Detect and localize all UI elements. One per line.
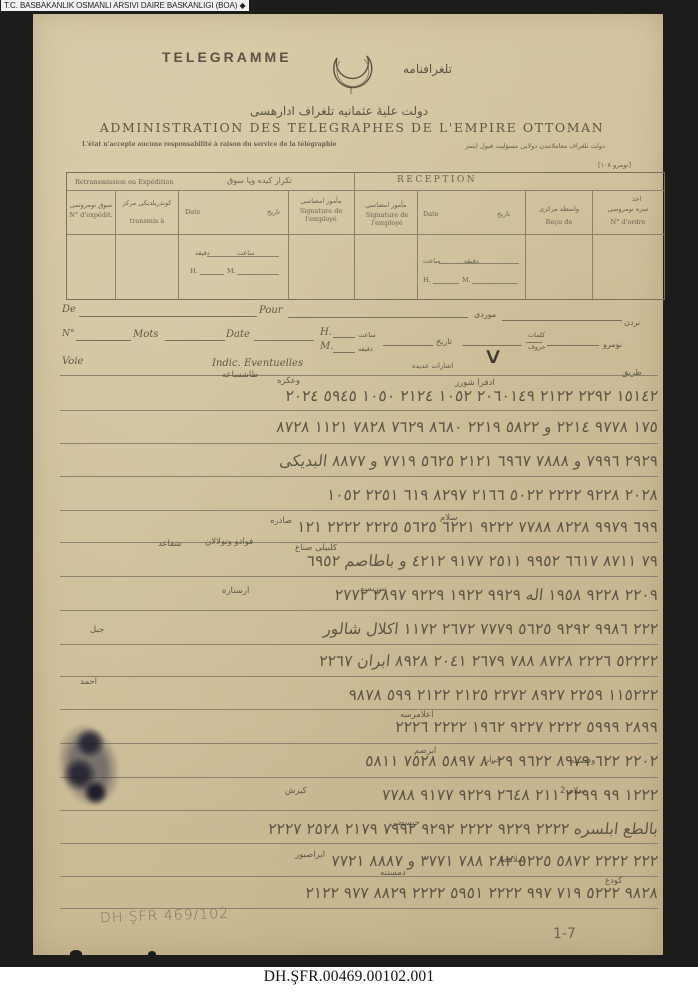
col-signature-right: Signature de l'employé xyxy=(359,211,415,227)
handwritten-annotation: جبل xyxy=(90,625,104,635)
col-signature-left-ottoman: مأمور امضاسی xyxy=(289,197,353,205)
col-date-left: Date xyxy=(185,208,201,216)
field-kelimat-ottoman: کلمات xyxy=(528,331,545,339)
handwritten-annotation: احمد xyxy=(80,677,97,687)
retransmission-ottoman: تكرار کيده ويا سوق xyxy=(227,177,292,185)
field-dakika-ottoman: دقيقه xyxy=(358,345,373,353)
torn-edge xyxy=(70,950,82,958)
handwritten-annotation: حرار xyxy=(485,755,501,765)
col-recu-de-ottoman: واسطه مرکزی xyxy=(527,205,591,213)
handwritten-annotation: دمسننه xyxy=(380,868,406,878)
field-mots-line xyxy=(165,340,225,341)
field-voie-label: Voie xyxy=(62,356,83,367)
left-minute-fr: M. xyxy=(227,267,236,275)
handwritten-annotation: کيزش xyxy=(285,786,307,796)
handwritten-annotation: کلبيلی صناع xyxy=(295,543,337,553)
field-m-line xyxy=(333,352,355,353)
col-date-right: Date xyxy=(423,210,439,218)
archive-watermark-text: T.C. BASBAKANLIK OSMANLI ARSIVI DAIRE BA… xyxy=(4,1,237,10)
field-h-line xyxy=(333,337,355,338)
field-from-ottoman: نردن xyxy=(624,318,640,327)
reception-label: RECEPTION xyxy=(397,175,477,185)
handwritten-annotation: كودع xyxy=(605,876,622,886)
title-telegramme: TELEGRAMME xyxy=(162,49,292,65)
field-de-label: De xyxy=(62,304,76,315)
field-numero-line xyxy=(547,345,599,346)
field-numero-ottoman: نومرو xyxy=(603,340,622,349)
handwritten-annotation: ارسناره xyxy=(222,586,249,596)
field-tarih-line xyxy=(383,345,433,346)
handwritten-annotation: سلامط xyxy=(500,855,525,865)
field-tarih-ottoman: تاريخ xyxy=(436,337,452,346)
disclaimer-fr: L'état n'accepte aucune responsabilité à… xyxy=(82,141,336,148)
col-no-ordre: N° d'ordre xyxy=(594,218,662,226)
handwritten-line: ٢٢٢ ٢٢٢٢ ٥٨٧٢ ٥٢٢٥ ٢٨٢ ٧٨٨ ٣٧٧١ و ٨٨٨٧ ٧… xyxy=(61,852,659,870)
handwritten-annotation: اعلامرسه xyxy=(400,710,433,720)
torn-edge xyxy=(148,951,156,957)
field-pour-ottoman: موردی xyxy=(474,310,496,319)
handwritten-line: ٥٢٢٢٢ ٢٢٢٦ ٨٧٢٨ ٧٨٨ ٢٦٧٩ ٢٠٤١ ٨٩٢٨ ابران… xyxy=(61,652,659,670)
crescent-icon xyxy=(327,50,375,98)
check-mark: ∨ xyxy=(483,344,504,369)
col-date-left-ottoman: تاريخ xyxy=(267,208,280,216)
field-saat-ottoman: ساعت xyxy=(358,331,376,339)
right-minute-fr: M. xyxy=(462,276,471,284)
field-no-line xyxy=(76,340,131,341)
field-from-line xyxy=(502,320,622,321)
handwritten-annotation: سربسه xyxy=(360,584,386,594)
watermark-mark-icon: ◆ xyxy=(239,1,245,10)
handwritten-line: ١١٥٢٢٢ ٢٢٥٩ ٨٩٢٧ ٢٢٧٢ ٢١٢٥ ٢١٢٢ ٥٩٩ ٩٨٧٨ xyxy=(61,686,659,704)
administration-ottoman: دولت عليۀ عثمانيه تلغراف ادارهسی xyxy=(250,104,428,118)
handwritten-annotation: طاشساعه xyxy=(222,370,258,380)
col-recu-de: Reçu de xyxy=(527,218,591,226)
form-number: [نومرو ١٠٨] xyxy=(598,161,631,169)
archive-reference-code: DH.ŞFR.00469.00102.001 xyxy=(0,968,698,986)
handwritten-line: ١٧٥ ٩٧٧٨ ٢٢١٤ و ٥٨٢٢ ٢٢١٩ ٨٦٨٠ ٧٦٢٩ ٧٨٢٨… xyxy=(61,418,659,436)
field-de-line xyxy=(79,316,257,317)
handwritten-annotation: وفصتنه xyxy=(570,756,595,766)
field-no-label: N° xyxy=(62,329,74,339)
pencil-page-number: 1-7 xyxy=(553,926,576,942)
transmission-table: Retransmission ou Expédition تكرار کيده … xyxy=(66,172,665,300)
handwritten-line: ٧٩ ٨٧١١ ٦٦١٧ ٩٩٥٢ ٢٥١١ ٩١٧٧ ٤٢١٢ و باطاص… xyxy=(61,552,659,570)
handwritten-annotation: فوادو وتولالان xyxy=(205,537,253,547)
right-hour-ottoman: ساعت xyxy=(423,257,441,265)
handwritten-line: ١٥١٤٢ ٢٢٩٢ ٢١٢٢ ٢٠٦٠١٤٩ ١٠٥٢ ٢١٢٤ ١٠٥٠ ٥… xyxy=(61,387,659,405)
field-date-label: Date xyxy=(226,329,250,340)
col-transmis-ottoman: کوندريلديکی مرکز xyxy=(117,199,177,207)
handwritten-annotation: ادفرا شورز xyxy=(455,378,495,388)
handwritten-annotation: ابراصبور xyxy=(295,850,325,860)
handwritten-line: ٢٩٢٩ ٧٩٩٦ و ٧٨٨٨ ٦٩٦٧ ٢١٢١ ٥٦٢٥ ٧٧١٩ و ٨… xyxy=(61,452,659,470)
field-indic-label: Indic. Eventuelles xyxy=(212,358,303,369)
col-no-ordre-ottoman: سره نومروسی xyxy=(594,205,662,213)
field-m-label: M. xyxy=(320,341,333,352)
left-hour-fr: H. xyxy=(190,267,198,275)
handwritten-annotation: وعکره xyxy=(277,376,300,386)
handwritten-annotation: شفاعد xyxy=(158,539,182,549)
retransmission-label: Retransmission ou Expédition xyxy=(75,178,174,186)
handwritten-annotation: صادره xyxy=(270,516,292,526)
handwritten-annotation: حبسضى xyxy=(390,818,420,828)
handwritten-line: ٦٩٩ ٩٩٧٩ ٨٢٢٨ ٧٧٨٨ ٩٢٢٢ ٦٢٢١ ٥٦٢٥ ٢٢٢٥ ٢… xyxy=(61,518,659,536)
handwritten-annotation: سلام xyxy=(440,513,457,523)
handwritten-line: ٢٠٢٨ ٩٢٢٨ ٢٢٢٢ ٥٠٢٢ ٢١٦٦ ٨٢٩٧ ٦١٩ ٢٢٥١ ١… xyxy=(61,486,659,504)
handwritten-annotation: سلام 2 xyxy=(560,786,586,796)
field-h-label: H. xyxy=(320,327,332,338)
field-date-line xyxy=(254,340,314,341)
handwritten-line: ٢٨٩٩ ٥٩٩٩ ٢٢٢٢ ٩٢٢٧ ١٩٦٢ ٢٢٢٢ ٢٢٢٦ xyxy=(61,718,659,736)
col-transmis: transmis à xyxy=(117,217,177,225)
col-exp-no: N° d'expédit. xyxy=(68,211,114,219)
field-pour-label: Pour xyxy=(259,305,283,316)
field-pour-line xyxy=(288,317,468,318)
field-isharat-ottoman: اشارات عدیده xyxy=(412,362,453,370)
title-ottoman: تلغرافنامه xyxy=(403,62,452,76)
handwritten-annotation: ابرصم xyxy=(414,746,436,756)
col-exp-no-ottoman: سوق نومروسی xyxy=(68,201,114,209)
disclaimer-ottoman: دولت تلغراف معاملاتندن دولایی مسؤلیت قبو… xyxy=(465,142,605,150)
handwritten-line: بالطع ابلسره ٢٢٢٢ ٩٢٢٩ ٢٢٢٢ ٩٢٩٢ ٧٩٩٢ ٢١… xyxy=(61,820,659,838)
administration-title: ADMINISTRATION DES TELEGRAPHES DE L'EMPI… xyxy=(47,120,657,135)
archive-watermark: T.C. BASBAKANLIK OSMANLI ARSIVI DAIRE BA… xyxy=(1,0,249,11)
col-date-right-ottoman: تاريخ xyxy=(497,210,510,218)
field-mots-label: Mots xyxy=(133,329,158,340)
right-hour-fr: H. xyxy=(423,276,431,284)
telegram-paper xyxy=(33,14,663,955)
col-signature-left: Signature de l'employé xyxy=(291,207,351,223)
handwritten-line: ٢٢٢ ٩٩٨٦ ٩٢٩٢ ٥٦٢٥ ٧٧٧٩ ٢٦٧٢ ١١٧٢ اکلال … xyxy=(61,620,659,638)
field-huruf-ottoman: حروف xyxy=(528,343,545,351)
reception-ottoman: اخذ xyxy=(632,195,641,203)
col-signature-right-ottoman: مأمور امضاسی xyxy=(357,201,415,209)
handwritten-line: ٩٨٢٨ ٥٢٢٢ ٧١٩ ٩٩٧ ٢٢٢٢ ٥٩٥١ ٢٢٢٢ ٨٨٢٩ ٩٧… xyxy=(61,884,659,902)
right-minute-ottoman: دقيقه xyxy=(464,257,479,265)
